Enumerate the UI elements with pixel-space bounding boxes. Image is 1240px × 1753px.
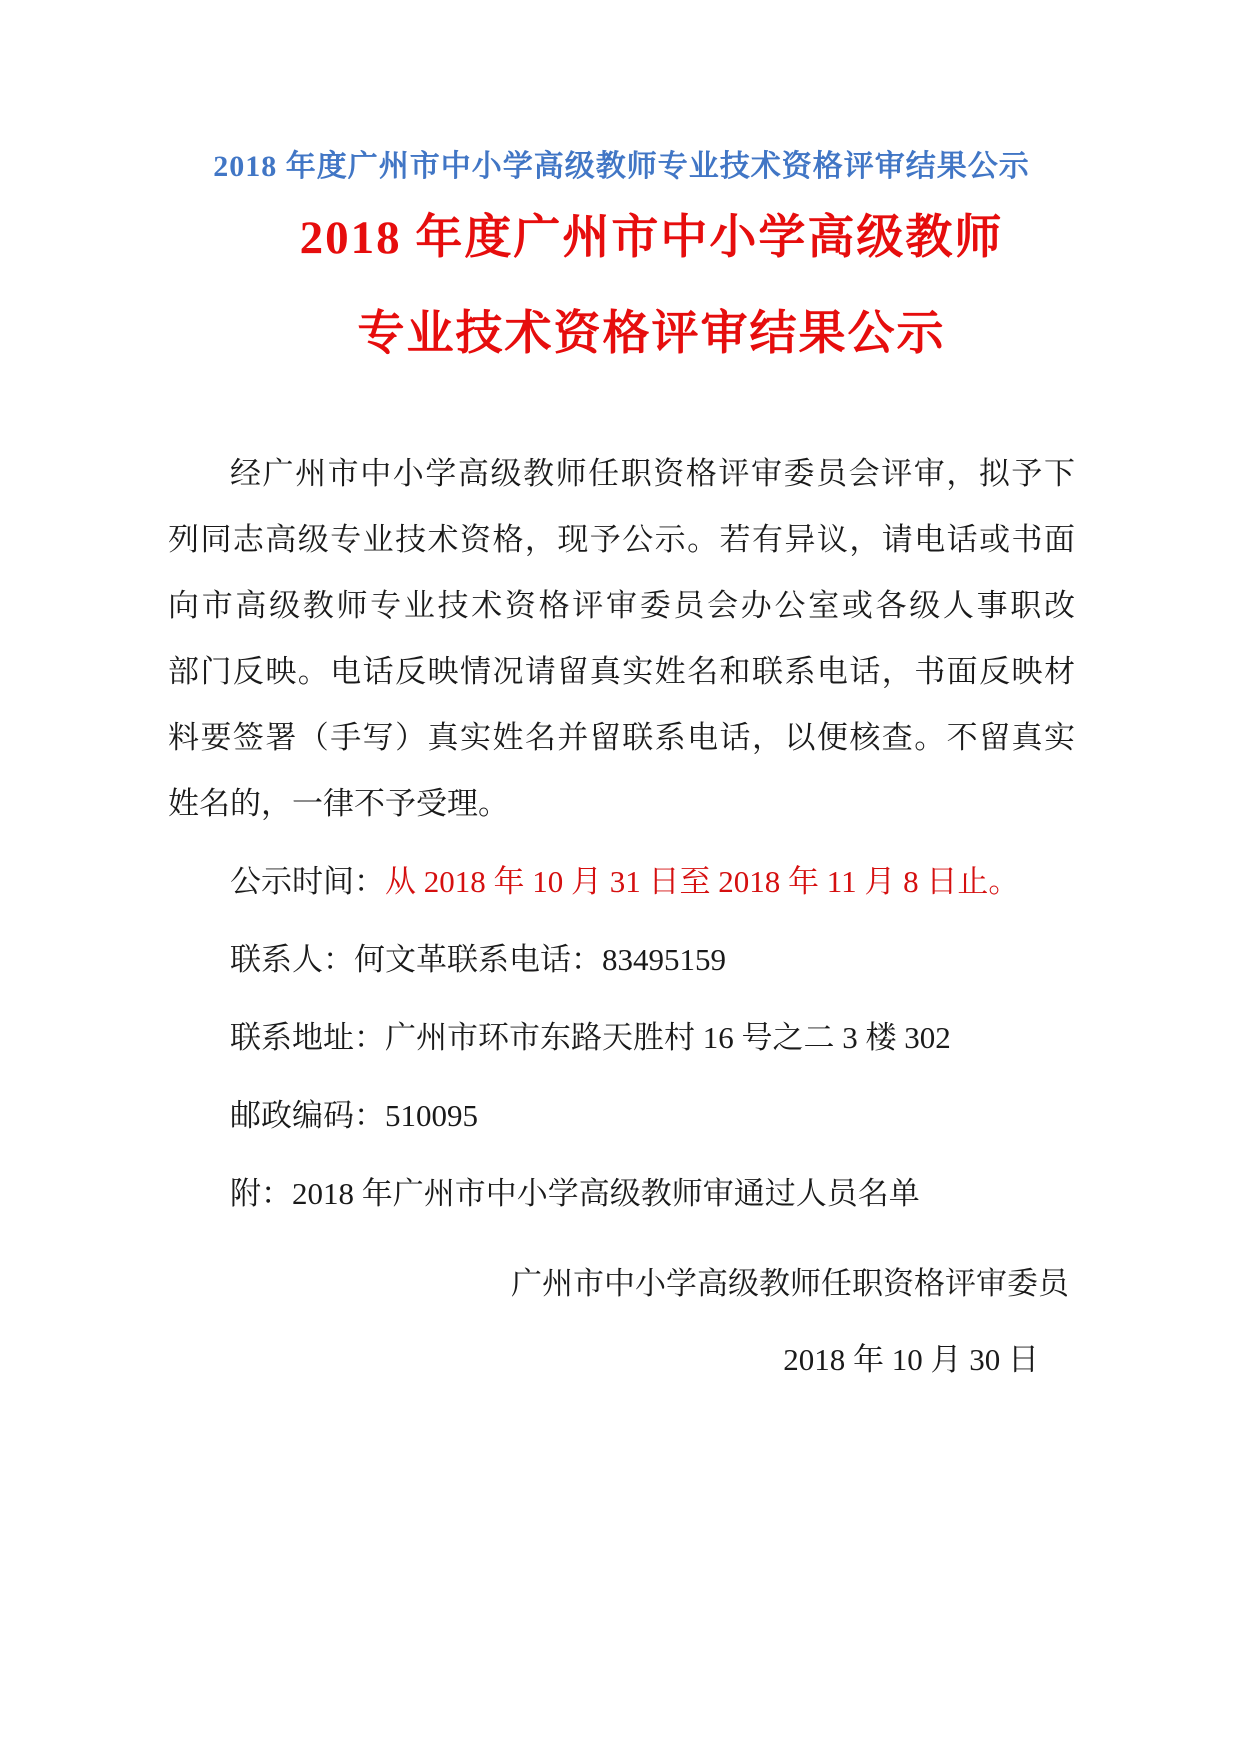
postal-code-line: 邮政编码：510095 xyxy=(168,1083,1075,1149)
publicity-period-line: 公示时间：从 2018 年 10 月 31 日至 2018 年 11 月 8 日… xyxy=(168,849,1075,915)
paragraph-line-6: 姓名的，一律不予受理。 xyxy=(168,771,1075,837)
paragraph-line-3: 向市高级教师专业技术资格评审委员会办公室或各级人事职改 xyxy=(168,573,1075,639)
contact-person-line: 联系人：何文革联系电话：83495159 xyxy=(168,927,1075,993)
paragraph-line-5: 料要签署（手写）真实姓名并留联系电话，以便核查。不留真实 xyxy=(168,705,1075,771)
document-subtitle: 2018 年度广州市中小学高级教师专业技术资格评审结果公示 xyxy=(168,150,1075,184)
contact-address-line: 联系地址：广州市环市东路天胜村 16 号之二 3 楼 302 xyxy=(168,1005,1075,1071)
publicity-period-value: 从 2018 年 10 月 31 日至 2018 年 11 月 8 日止。 xyxy=(385,864,1019,899)
issuer-signature: 广州市中小学高级教师任职资格评审委员 xyxy=(168,1251,1075,1317)
attachment-line: 附：2018 年广州市中小学高级教师审通过人员名单 xyxy=(168,1161,1075,1227)
body-paragraph: 经广州市中小学高级教师任职资格评审委员会评审，拟予下 列同志高级专业技术资格，现… xyxy=(168,441,1075,837)
document-title-line-2: 专业技术资格评审结果公示 xyxy=(168,304,1075,364)
paragraph-line-4: 部门反映。电话反映情况请留真实姓名和联系电话，书面反映材 xyxy=(168,639,1075,705)
paragraph-line-1: 经广州市中小学高级教师任职资格评审委员会评审，拟予下 xyxy=(168,441,1075,507)
issue-date: 2018 年 10 月 30 日 xyxy=(168,1327,1075,1393)
paragraph-line-2: 列同志高级专业技术资格，现予公示。若有异议，请电话或书面 xyxy=(168,507,1075,573)
document-title-line-1: 2018 年度广州市中小学高级教师 xyxy=(168,208,1075,268)
document-page: 2018 年度广州市中小学高级教师专业技术资格评审结果公示 2018 年度广州市… xyxy=(0,0,1240,1753)
publicity-period-label: 公示时间： xyxy=(230,864,385,899)
